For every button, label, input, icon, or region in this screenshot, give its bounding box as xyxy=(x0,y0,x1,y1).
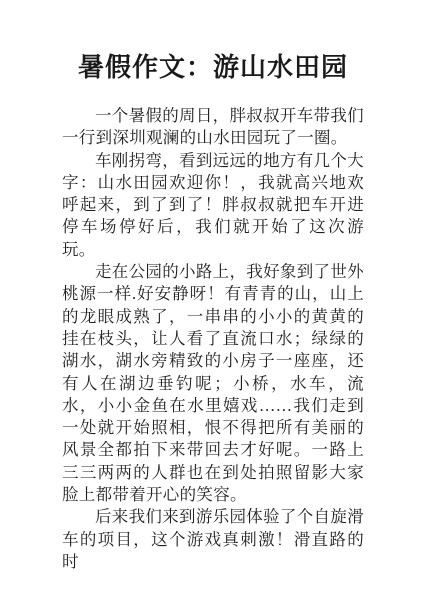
essay-paragraph: 走在公园的小路上，我好象到了世外桃源一样.好安静呀！有青青的山，山上的龙眼成熟了… xyxy=(62,261,364,506)
document-page: { "essay": { "title": "暑假作文：游山水田园", "par… xyxy=(0,0,424,600)
essay-paragraph: 一个暑假的周日，胖叔叔开车带我们一行到深圳观澜的山水田园玩了一圈。 xyxy=(62,105,364,150)
essay-body: 一个暑假的周日，胖叔叔开车带我们一行到深圳观澜的山水田园玩了一圈。 车刚拐弯，看… xyxy=(62,105,364,573)
essay-title: 暑假作文：游山水田园 xyxy=(62,52,364,84)
essay-paragraph: 后来我们来到游乐园体验了个自旋滑车的项目，这个游戏真刺激！滑直路的时 xyxy=(62,506,364,573)
essay-page: 暑假作文：游山水田园 一个暑假的周日，胖叔叔开车带我们一行到深圳观澜的山水田园玩… xyxy=(0,0,424,600)
essay-paragraph: 车刚拐弯，看到远远的地方有几个大字：山水田园欢迎你！，我就高兴地欢呼起来，到了到… xyxy=(62,150,364,261)
